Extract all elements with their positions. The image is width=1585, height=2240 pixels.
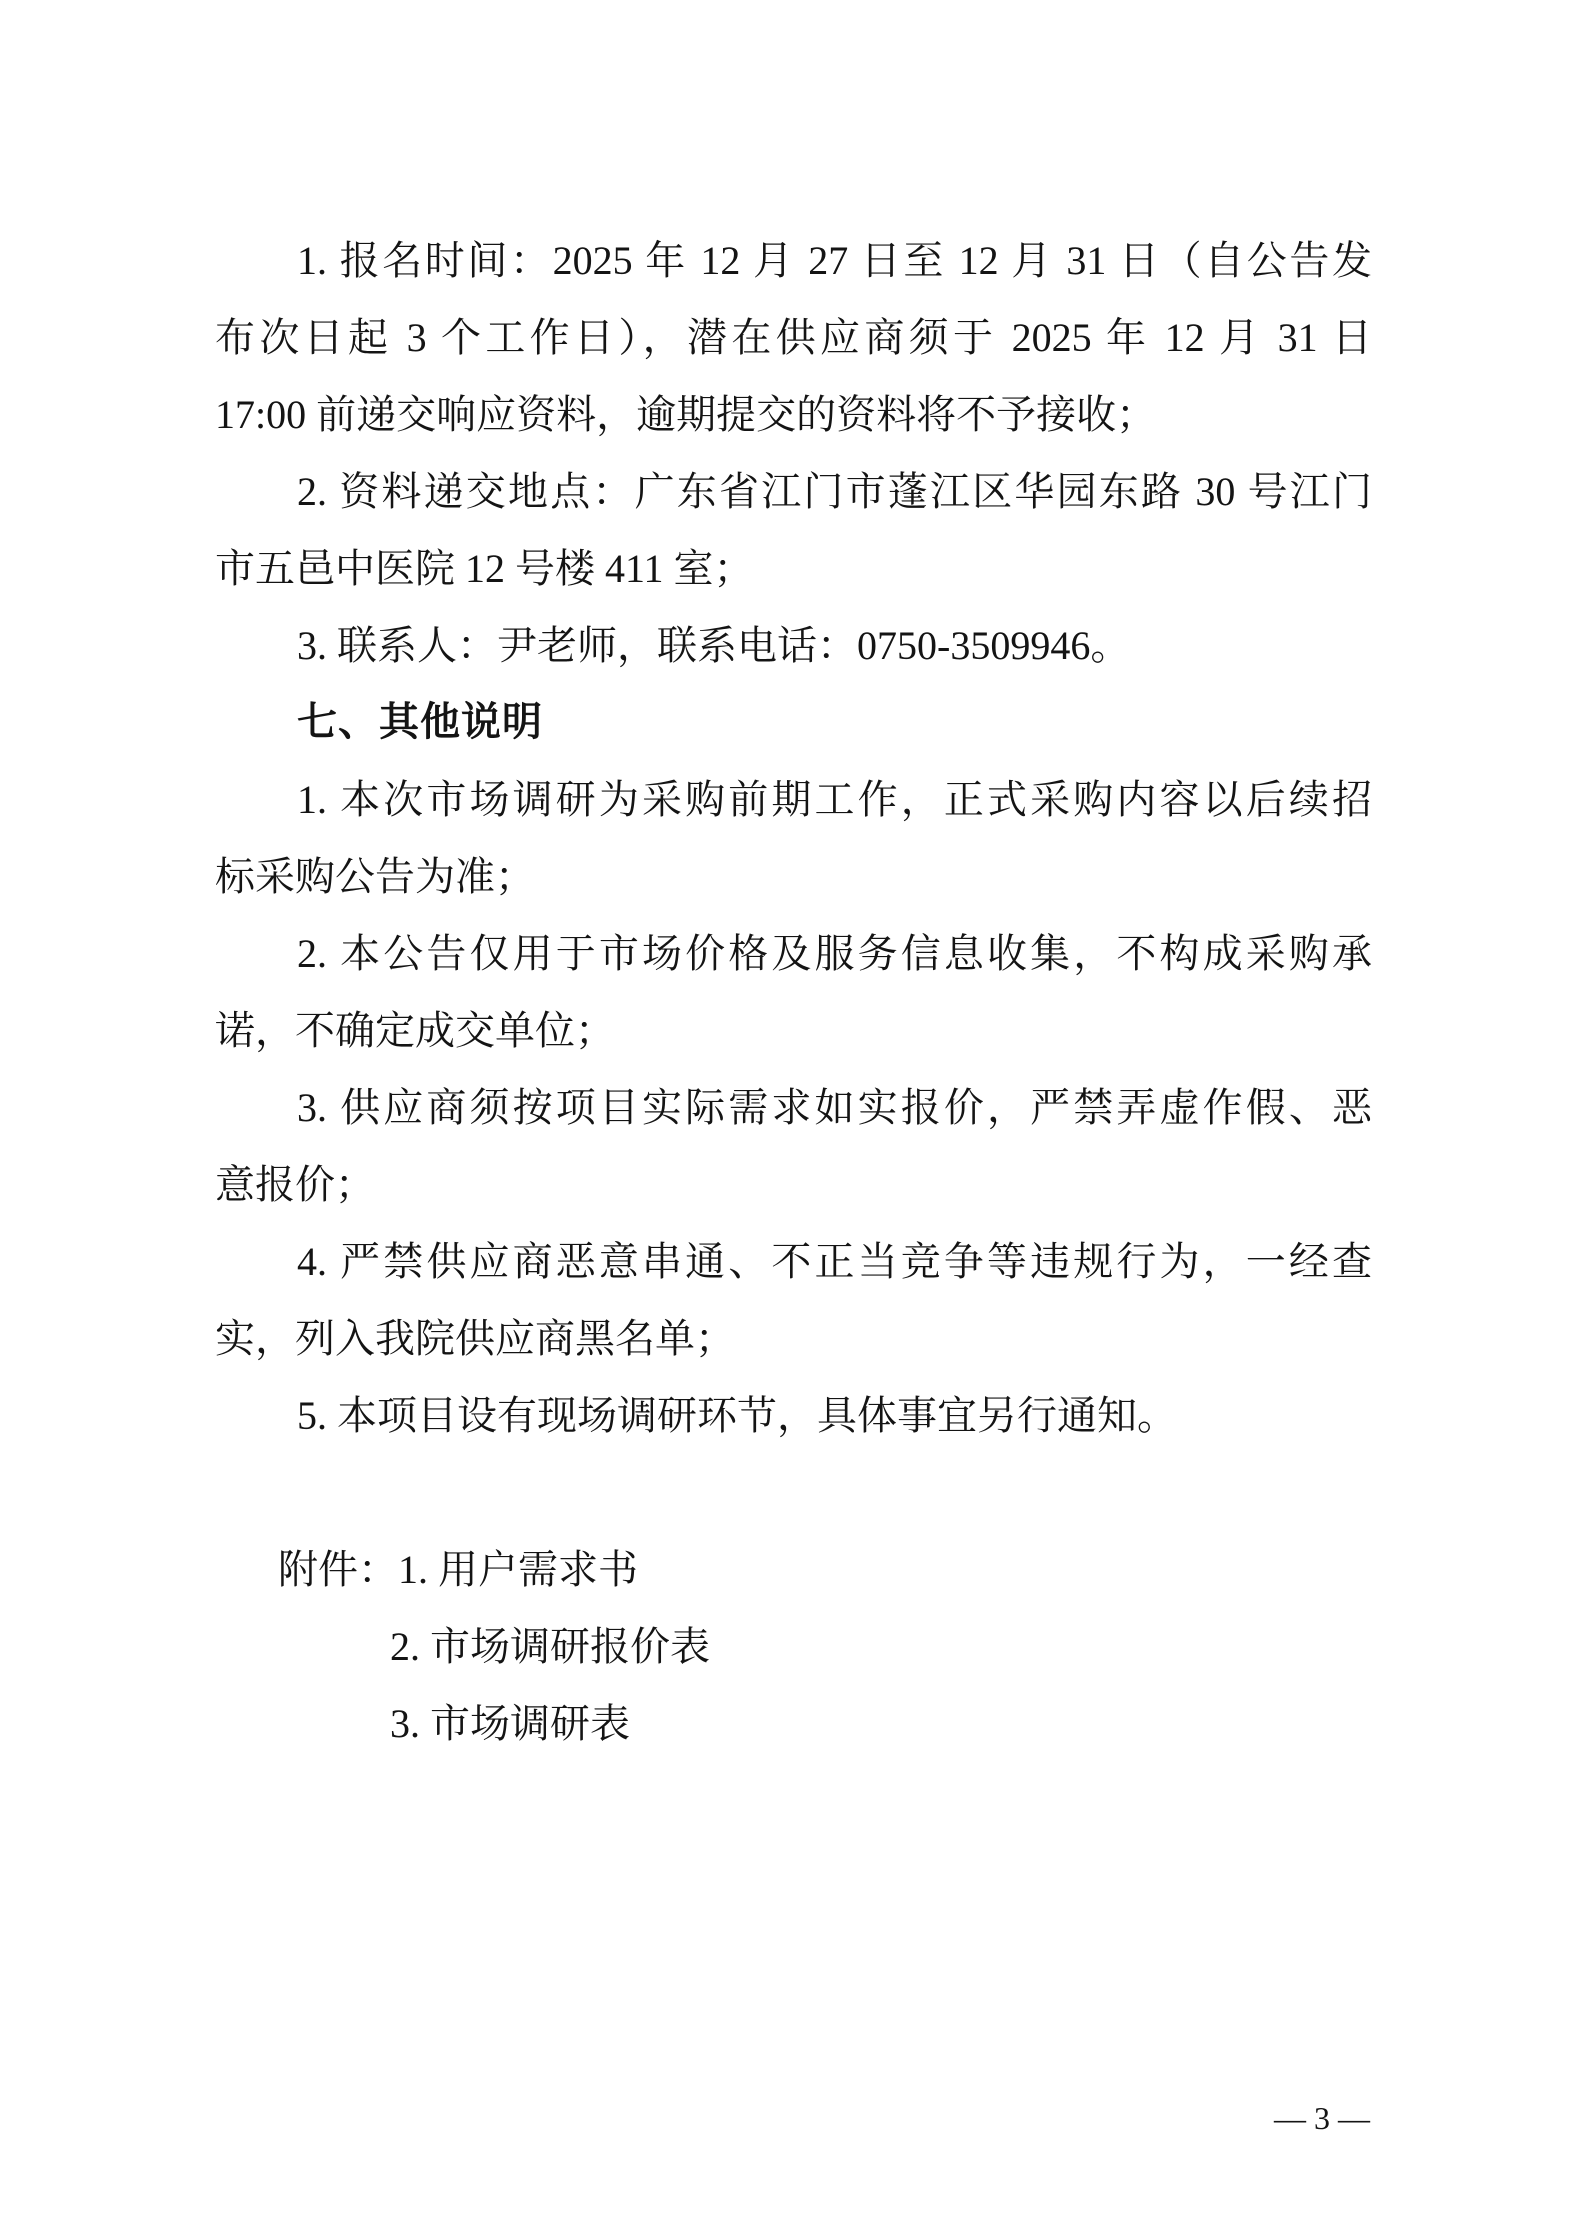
section-heading-other-notes: 七、其他说明 bbox=[215, 684, 1372, 761]
document-page: 1. 报名时间：2025 年 12 月 27 日至 12 月 31 日（自公告发… bbox=[0, 0, 1585, 2240]
note-3-line-1: 3. 供应商须按项目实际需求如实报价，严禁弄虚作假、恶 bbox=[215, 1069, 1372, 1146]
para-signup-time-line-1: 1. 报名时间：2025 年 12 月 27 日至 12 月 31 日（自公告发 bbox=[215, 222, 1372, 299]
para-contact-line: 3. 联系人：尹老师，联系电话：0750-3509946。 bbox=[215, 607, 1372, 684]
attachment-item-2: 2. 市场调研报价表 bbox=[215, 1608, 1372, 1685]
document-body: 1. 报名时间：2025 年 12 月 27 日至 12 月 31 日（自公告发… bbox=[215, 222, 1372, 1762]
note-4-line-2: 实，列入我院供应商黑名单； bbox=[215, 1300, 1372, 1377]
note-1-line-1: 1. 本次市场调研为采购前期工作，正式采购内容以后续招 bbox=[215, 761, 1372, 838]
attachment-item-3: 3. 市场调研表 bbox=[215, 1685, 1372, 1762]
para-signup-time-line-2: 布次日起 3 个工作日），潜在供应商须于 2025 年 12 月 31 日 bbox=[215, 299, 1372, 376]
note-5-line: 5. 本项目设有现场调研环节，具体事宜另行通知。 bbox=[215, 1377, 1372, 1454]
blank-line bbox=[215, 1454, 1372, 1531]
page-number: — 3 — bbox=[1274, 2098, 1370, 2138]
note-2-line-1: 2. 本公告仅用于市场价格及服务信息收集，不构成采购承 bbox=[215, 915, 1372, 992]
para-signup-time-line-3: 17:00 前递交响应资料，逾期提交的资料将不予接收； bbox=[215, 376, 1372, 453]
attachments-label-line: 附件：1. 用户需求书 bbox=[215, 1531, 1372, 1608]
para-submit-address-line-1: 2. 资料递交地点：广东省江门市蓬江区华园东路 30 号江门 bbox=[215, 453, 1372, 530]
note-2-line-2: 诺，不确定成交单位； bbox=[215, 992, 1372, 1069]
note-4-line-1: 4. 严禁供应商恶意串通、不正当竞争等违规行为，一经查 bbox=[215, 1223, 1372, 1300]
note-3-line-2: 意报价； bbox=[215, 1146, 1372, 1223]
note-1-line-2: 标采购公告为准； bbox=[215, 838, 1372, 915]
para-submit-address-line-2: 市五邑中医院 12 号楼 411 室； bbox=[215, 530, 1372, 607]
